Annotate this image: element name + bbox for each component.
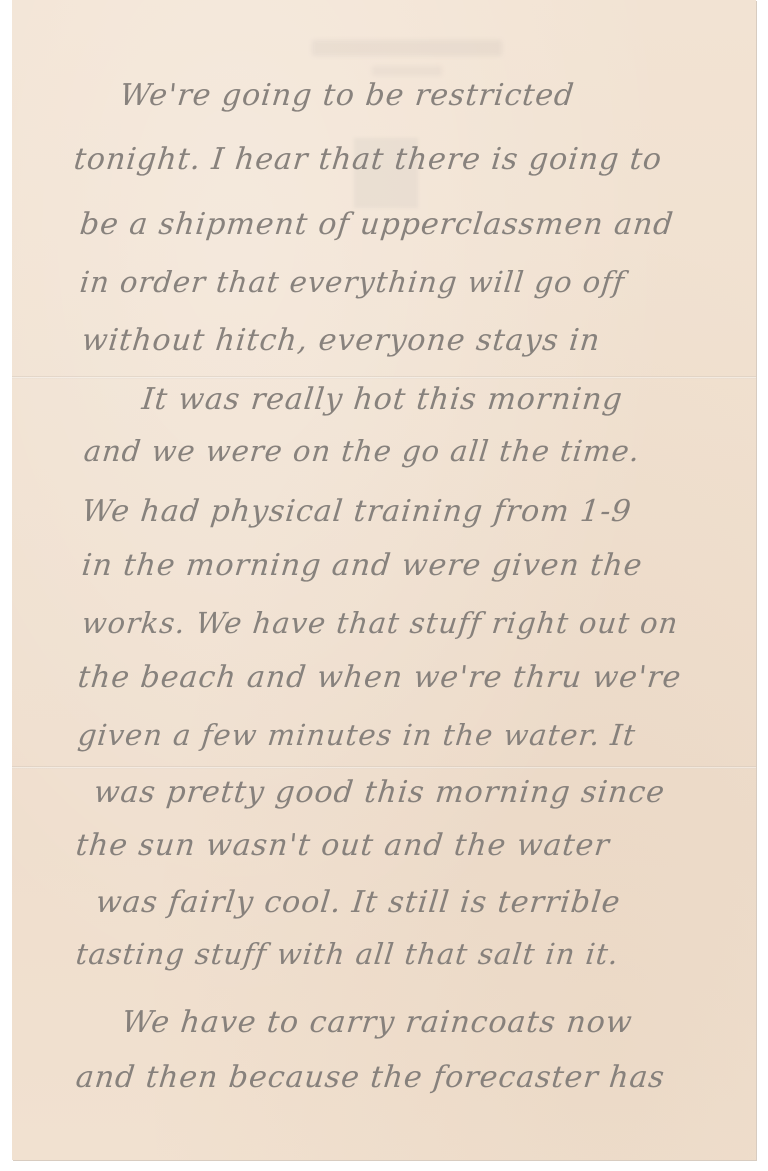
text-line: be a shipment of upperclassmen and [78, 207, 675, 242]
text-line: in order that everything will go off [78, 265, 626, 299]
text-line: the sun wasn't out and the water [74, 828, 611, 863]
text-line: We had physical training from 1-9 [80, 494, 633, 529]
letter-page: We're going to be restricted tonight. I … [12, 0, 756, 1160]
text-line: given a few minutes in the water. It [76, 718, 637, 752]
text-line: It was really hot this morning [140, 382, 624, 417]
text-line: tasting stuff with all that salt in it. [74, 937, 621, 971]
text-line: We have to carry raincoats now [120, 1005, 634, 1040]
text-line: was fairly cool. It still is terrible [94, 885, 622, 920]
text-line: in the morning and were given the [80, 548, 644, 583]
text-line: tonight. I hear that there is going to [72, 142, 664, 177]
text-line: and then because the forecaster has [74, 1060, 667, 1095]
text-line: without hitch, everyone stays in [80, 323, 602, 358]
handwritten-text-body: We're going to be restricted tonight. I … [12, 0, 756, 1160]
text-line: the beach and when we're thru we're [76, 660, 683, 695]
text-line: works. We have that stuff right out on [80, 606, 680, 640]
text-line: was pretty good this morning since [92, 775, 667, 810]
text-line: and we were on the go all the time. [82, 434, 642, 468]
text-line: We're going to be restricted [118, 78, 576, 113]
